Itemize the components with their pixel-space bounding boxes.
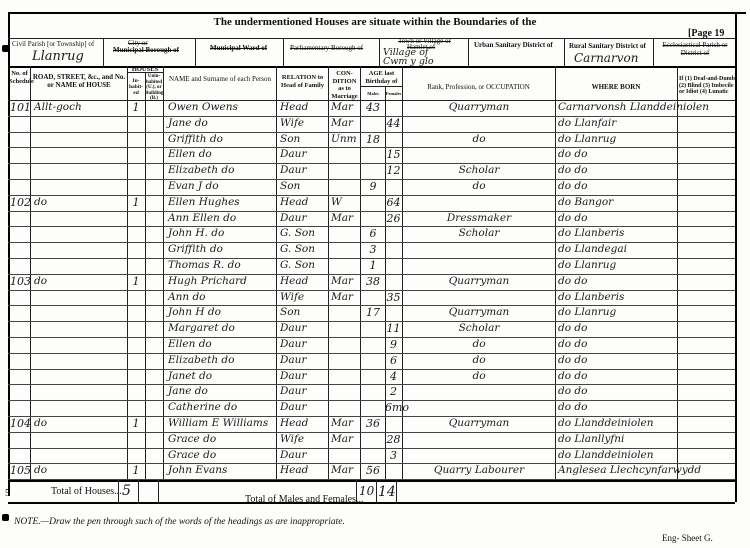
relation: Wife xyxy=(280,433,328,445)
inhabited-count: 1 xyxy=(127,417,145,430)
col-uninhabited: Unin-habited (U.), or Building (B.) xyxy=(145,74,163,102)
where-born: do do xyxy=(558,354,676,366)
relation: G. Son xyxy=(280,227,328,239)
female-age: 44 xyxy=(385,117,402,130)
male-age: 38 xyxy=(361,275,385,288)
person-name: Ann Ellen do xyxy=(168,212,276,224)
relation: Daur xyxy=(280,370,328,382)
hamlet-value: Village of Cwm y glo xyxy=(383,48,443,66)
total-persons-label: Total of Males and Females... xyxy=(245,494,363,505)
person-name: Jane do xyxy=(168,385,276,397)
hdr-sep xyxy=(283,38,284,66)
banner-text: The undermentioned Houses are situate wi… xyxy=(0,16,750,28)
relation: Wife xyxy=(280,117,328,129)
frame-right xyxy=(735,12,737,502)
col-line xyxy=(385,86,386,480)
relation: Head xyxy=(280,464,328,476)
person-name: Grace do xyxy=(168,449,276,461)
hdr-sep xyxy=(564,38,565,66)
occupation: Quarryman xyxy=(405,275,553,287)
relation: Daur xyxy=(280,354,328,366)
person-name: John H do xyxy=(168,306,276,318)
person-name: Catherine do xyxy=(168,401,276,413)
totals-bottom xyxy=(8,502,735,504)
person-name: Elizabeth do xyxy=(168,164,276,176)
tot-sep xyxy=(138,480,139,502)
female-age: 11 xyxy=(385,322,402,335)
where-born: do do xyxy=(558,370,676,382)
footer-code: Eng- Sheet G. xyxy=(662,533,713,543)
female-age: 9 xyxy=(385,338,402,351)
municipal-ward-label: Municipal Ward of xyxy=(210,44,267,52)
civil-parish-label: Civil Parish [or Township] of xyxy=(12,40,94,48)
rural-sanitary-label: Rural Sanitary District of xyxy=(569,42,646,50)
relation: Head xyxy=(280,275,328,287)
female-age: 26 xyxy=(385,212,402,225)
col-occupation: Rank, Profession, or OCCUPATION xyxy=(402,84,555,92)
condition: Mar xyxy=(331,464,360,476)
relation: Daur xyxy=(280,338,328,350)
relation: Daur xyxy=(280,385,328,397)
col-relation: RELATION to Head of Family xyxy=(277,74,328,89)
road-name: do xyxy=(34,196,124,208)
relation: G. Son xyxy=(280,243,328,255)
relation: Son xyxy=(280,306,328,318)
female-age: 15 xyxy=(385,148,402,161)
where-born: do Bangor xyxy=(558,196,676,208)
municipal-borough-label: Municipal Borough of xyxy=(113,46,179,54)
female-age: 64 xyxy=(385,196,402,209)
person-name: Ellen Hughes xyxy=(168,196,276,208)
col-name: NAME and Surname of each Person xyxy=(166,76,274,84)
occupation: do xyxy=(405,338,553,350)
road-name: do xyxy=(34,275,124,287)
person-name: Owen Owens xyxy=(168,101,276,113)
where-born: do do xyxy=(558,275,676,287)
person-name: Ann do xyxy=(168,291,276,303)
occupation: Quarry Labourer xyxy=(405,464,553,476)
rural-sanitary-value: Carnarvon xyxy=(574,51,638,65)
where-born: do Llanrug xyxy=(558,259,676,271)
where-born: do do xyxy=(558,180,676,192)
inhabited-count: 1 xyxy=(127,275,145,288)
urban-sanitary-label: Urban Sanitary District of xyxy=(474,41,553,49)
col-inhabited: In-habit-ed xyxy=(127,78,145,96)
where-born: do do xyxy=(558,164,676,176)
schedule-number: 103 xyxy=(10,275,30,288)
col-where-born: WHERE BORN xyxy=(555,84,677,92)
inhabited-count: 1 xyxy=(127,101,145,114)
schedule-number: 102 xyxy=(10,196,30,209)
relation: Daur xyxy=(280,449,328,461)
col-condition: CON-DITION as to Marriage xyxy=(329,70,360,100)
female-age: 6mo xyxy=(385,401,402,414)
condition: Mar xyxy=(331,117,360,129)
hdr-sep xyxy=(103,38,104,66)
occupation: Scholar xyxy=(405,322,553,334)
where-born: do do xyxy=(558,385,676,397)
col-schedule: No. of Schedule xyxy=(9,70,30,85)
occupation: Scholar xyxy=(405,227,553,239)
total-males-value: 10 xyxy=(359,484,374,498)
male-age: 1 xyxy=(361,259,385,272)
col-road: ROAD, STREET, &c., and No. or NAME of HO… xyxy=(32,74,126,89)
male-age: 9 xyxy=(361,180,385,193)
tot-sep xyxy=(158,480,159,502)
header-divider xyxy=(8,38,735,39)
parliamentary-borough-label: Parliamentary Borough of xyxy=(290,44,363,52)
occupation: do xyxy=(405,354,553,366)
condition: Mar xyxy=(331,417,360,429)
occupation: do xyxy=(405,133,553,145)
person-name: John H. do xyxy=(168,227,276,239)
relation: Head xyxy=(280,101,328,113)
total-females-value: 14 xyxy=(378,484,396,500)
inhabited-count: 1 xyxy=(127,196,145,209)
where-born: do do xyxy=(558,148,676,160)
where-born: do do xyxy=(558,322,676,334)
relation: Son xyxy=(280,133,328,145)
occupation: Scholar xyxy=(405,164,553,176)
where-born: do Llanberis xyxy=(558,291,676,303)
inhabited-count: 1 xyxy=(127,464,145,477)
road-name: do xyxy=(34,417,124,429)
condition: Mar xyxy=(331,275,360,287)
binding-hole-icon xyxy=(2,45,9,52)
male-age: 3 xyxy=(361,243,385,256)
road-name: do xyxy=(34,464,124,476)
where-born: do Llanfair xyxy=(558,117,676,129)
occupation: do xyxy=(405,180,553,192)
person-name: Evan J do xyxy=(168,180,276,192)
where-born: do Llanrug xyxy=(558,306,676,318)
hdr-sep xyxy=(195,38,196,66)
condition: Mar xyxy=(331,291,360,303)
occupation: Dressmaker xyxy=(405,212,553,224)
condition: Unm xyxy=(331,133,360,145)
relation: Daur xyxy=(280,148,328,160)
occupation: Quarryman xyxy=(405,101,553,113)
person-name: Thomas R. do xyxy=(168,259,276,271)
footer-note: NOTE.—Draw the pen through such of the w… xyxy=(14,517,345,527)
person-name: Griffith do xyxy=(168,243,276,255)
schedule-number: 105 xyxy=(10,464,30,477)
relation: Head xyxy=(280,196,328,208)
female-age: 12 xyxy=(385,164,402,177)
relation: Daur xyxy=(280,212,328,224)
relation: G. Son xyxy=(280,259,328,271)
civil-parish-value: Llanrug xyxy=(32,49,84,64)
frame-top xyxy=(8,12,746,14)
where-born: do do xyxy=(558,401,676,413)
female-age: 4 xyxy=(385,370,402,383)
tot-sep xyxy=(376,480,377,502)
ecclesiastical-parish-label: Ecclesiastical Parish or District of xyxy=(657,41,733,57)
female-age: 28 xyxy=(385,433,402,446)
hdr-sep xyxy=(468,38,469,66)
male-age: 36 xyxy=(361,417,385,430)
col-line xyxy=(145,72,146,480)
age-underline xyxy=(360,86,402,87)
person-name: Jane do xyxy=(168,117,276,129)
female-age: 6 xyxy=(385,354,402,367)
relation: Daur xyxy=(280,322,328,334)
col-houses: HOUSES xyxy=(127,66,163,74)
relation: Daur xyxy=(280,164,328,176)
header-bottom xyxy=(8,66,735,68)
census-page: The undermentioned Houses are situate wi… xyxy=(0,0,750,548)
where-born: do Llanddeiniolen xyxy=(558,417,676,429)
road-name: Allt-goch xyxy=(34,101,124,113)
relation: Wife xyxy=(280,291,328,303)
tot-sep xyxy=(396,480,397,502)
total-houses-value: 5 xyxy=(122,483,131,499)
person-name: Hugh Prichard xyxy=(168,275,276,287)
male-age: 17 xyxy=(361,306,385,319)
condition: Mar xyxy=(331,101,360,113)
total-houses-label: Total of Houses... xyxy=(51,486,122,497)
condition: Mar xyxy=(331,212,360,224)
left-margin-number: 5 xyxy=(5,488,10,499)
male-age: 6 xyxy=(361,227,385,240)
schedule-number: 101 xyxy=(10,101,30,114)
relation: Head xyxy=(280,417,328,429)
where-born: Carnarvonsh Llanddeiniolen xyxy=(558,101,676,113)
col-infirmity: If (1) Deaf-and-Dumb (2) Blind (3) Imbec… xyxy=(679,76,735,96)
person-name: John Evans xyxy=(168,464,276,476)
person-name: Ellen do xyxy=(168,338,276,350)
relation: Son xyxy=(280,180,328,192)
hdr-sep xyxy=(653,38,654,66)
occupation: do xyxy=(405,370,553,382)
col-males: Males xyxy=(361,90,385,98)
schedule-number: 104 xyxy=(10,417,30,430)
where-born: do do xyxy=(558,212,676,224)
where-born: do Llanddeiniolen xyxy=(558,449,676,461)
female-age: 2 xyxy=(385,385,402,398)
where-born: do do xyxy=(558,338,676,350)
male-age: 18 xyxy=(361,133,385,146)
person-name: Elizabeth do xyxy=(168,354,276,366)
male-age: 56 xyxy=(361,464,385,477)
occupation: Quarryman xyxy=(405,417,553,429)
person-name: Griffith do xyxy=(168,133,276,145)
person-name: William E Williams xyxy=(168,417,276,429)
occupation: Quarryman xyxy=(405,306,553,318)
relation: Daur xyxy=(280,401,328,413)
person-name: Ellen do xyxy=(168,148,276,160)
where-born: do Llanllyfni xyxy=(558,433,676,445)
hdr-sep xyxy=(379,38,380,66)
col-females: Females xyxy=(385,90,402,98)
condition: W xyxy=(331,196,360,208)
person-name: Janet do xyxy=(168,370,276,382)
where-born: do Llandegai xyxy=(558,243,676,255)
male-age: 43 xyxy=(361,101,385,114)
condition: Mar xyxy=(331,433,360,445)
person-name: Grace do xyxy=(168,433,276,445)
where-born: do Llanberis xyxy=(558,227,676,239)
person-name: Margaret do xyxy=(168,322,276,334)
female-age: 3 xyxy=(385,449,402,462)
binding-hole-icon xyxy=(2,514,9,521)
where-born: do Llanrug xyxy=(558,133,676,145)
where-born: Anglesea Llechcynfarwydd xyxy=(558,464,676,476)
female-age: 35 xyxy=(385,291,402,304)
col-age: AGE last Birthday of xyxy=(361,70,402,85)
